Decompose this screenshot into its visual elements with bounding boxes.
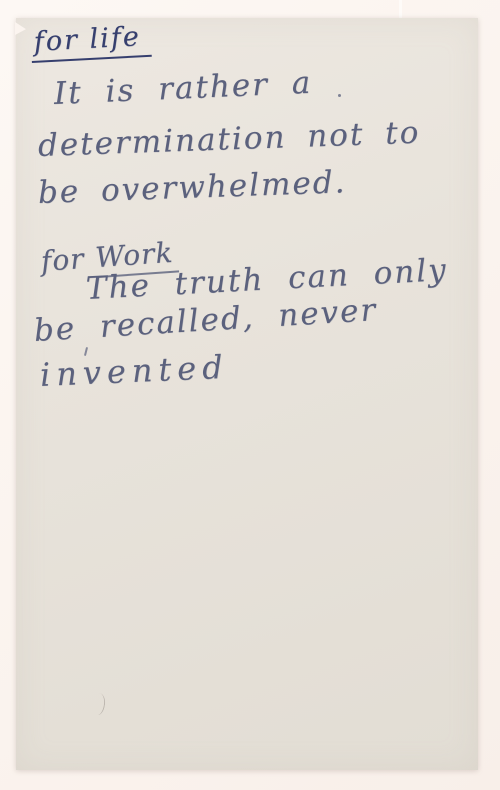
handwritten-line: It is rather a <box>53 65 313 112</box>
note-paper: for life It is rather a determination no… <box>16 18 478 770</box>
section-heading-life: for life <box>30 21 152 63</box>
backdrop-crease <box>399 0 402 18</box>
smudge-mark <box>90 692 107 716</box>
handwritten-line: determination not to <box>37 115 421 164</box>
paper-notch <box>15 22 26 35</box>
handwritten-line: be overwhelmed. <box>37 164 347 211</box>
stray-ink-dot <box>338 94 341 97</box>
handwritten-line: invented <box>39 348 229 394</box>
